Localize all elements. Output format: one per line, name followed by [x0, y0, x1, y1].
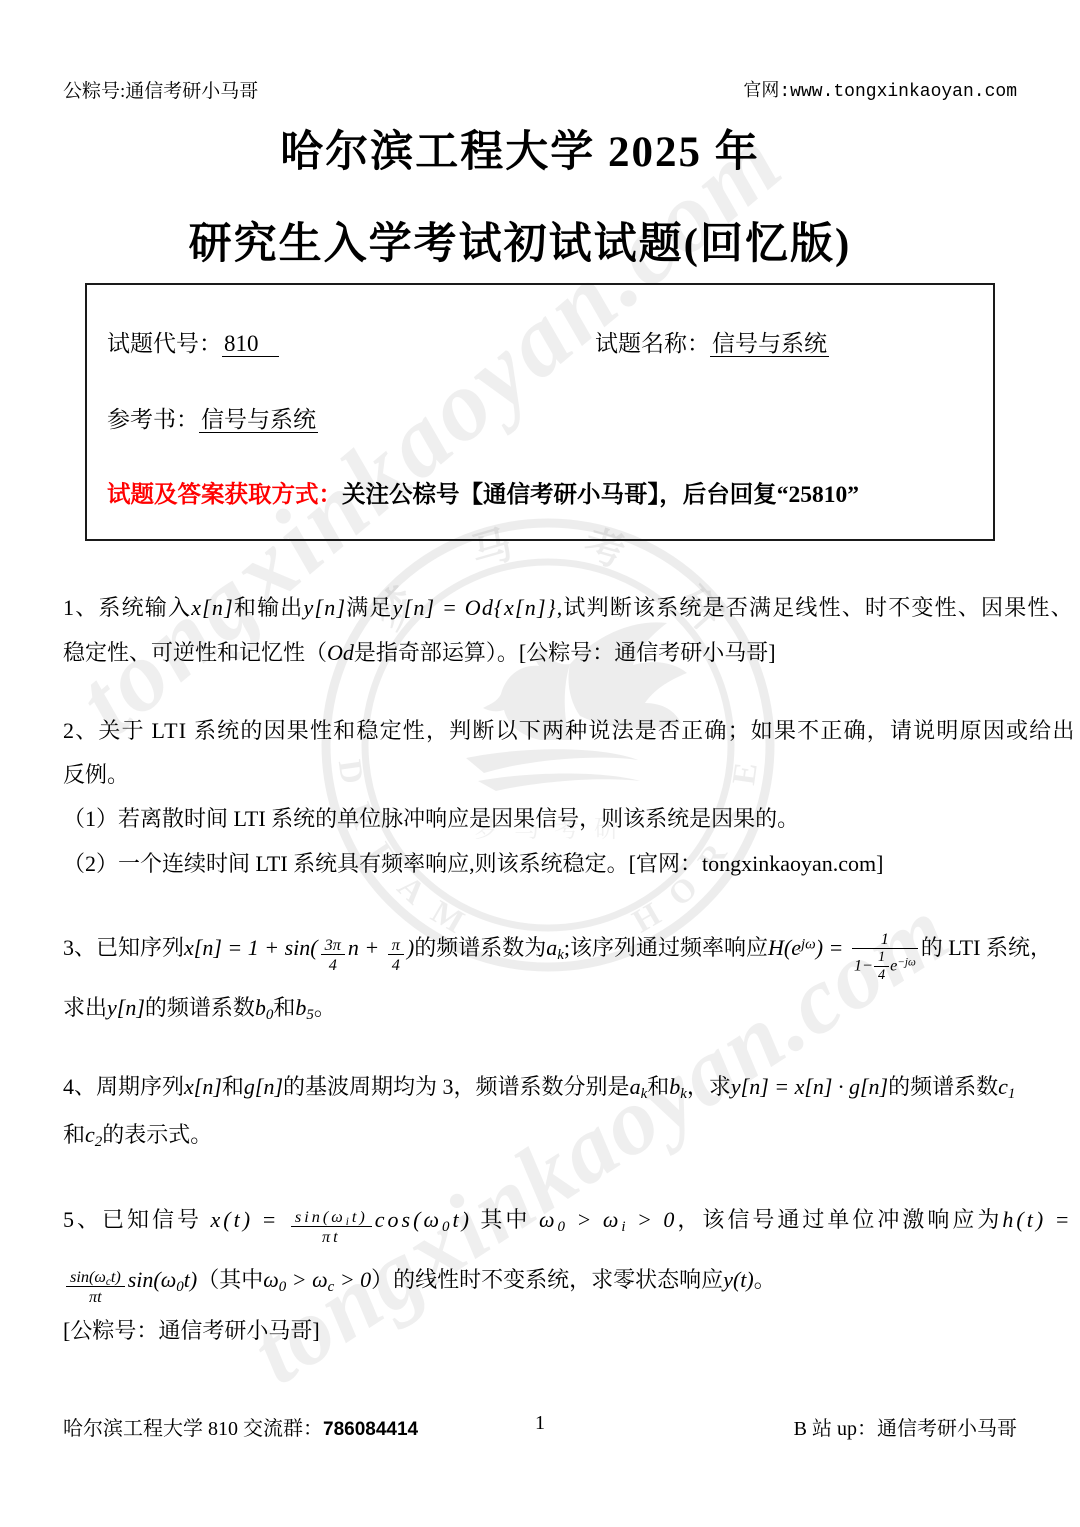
- text-run: 和输出: [234, 595, 304, 620]
- exam-info-box: 试题代号：810 试题名称：信号与系统 参考书：信号与系统 试题及答案获取方式：…: [85, 283, 995, 541]
- text-run: 是指奇部运算）。[公粽号：通信考研小马哥]: [354, 640, 776, 665]
- math-run: ω: [539, 1207, 558, 1232]
- math-run: x(t) =: [211, 1207, 288, 1232]
- math-run: c: [998, 1074, 1008, 1099]
- math-run: x[n]: [184, 1074, 222, 1099]
- text-run: 。: [754, 1267, 776, 1292]
- text-run: 求出: [63, 995, 107, 1020]
- math-run: t): [184, 1267, 197, 1292]
- reference-book-label: 参考书：: [107, 407, 199, 432]
- text-run: 的基波周期均为 3，频谱系数分别是: [283, 1074, 630, 1099]
- text-run: 的表示式。: [102, 1122, 212, 1147]
- math-run: πt: [89, 1287, 102, 1306]
- math-run: 3π: [325, 935, 341, 954]
- math-run: 1: [878, 949, 885, 965]
- text-run: 的频谱系数: [145, 995, 255, 1020]
- math-run: H(e: [768, 935, 801, 960]
- header-website: 官网:www.tongxinkaoyan.com: [743, 76, 1017, 102]
- math-run: 0: [442, 1219, 452, 1235]
- math-run: 4: [329, 955, 337, 974]
- math-run: sin(ω: [70, 1267, 106, 1286]
- fraction: π4: [388, 935, 404, 974]
- answer-access-text: 关注公棕号【通信考研小马哥】，后台回复“25810”: [342, 482, 859, 508]
- text-run: 。: [314, 995, 336, 1020]
- math-run: y[n] = Od{x[n]}: [393, 595, 557, 620]
- math-run: t): [352, 1207, 368, 1226]
- text-run: 其中: [472, 1207, 539, 1232]
- fraction: 3π4: [321, 935, 345, 974]
- question-5-line-1: 5、已知信号 x(t) = sin(ωit)πtcos(ω0t) 其中 ω0 >…: [63, 1190, 1017, 1250]
- math-run: cos(ω: [375, 1207, 442, 1232]
- exam-name-row: 试题名称：信号与系统: [595, 325, 829, 358]
- text-run: 和: [222, 1074, 244, 1099]
- text-run: ;该序列通过频率响应: [564, 935, 768, 960]
- math-run: ω: [263, 1267, 279, 1292]
- math-run: y[n]: [107, 995, 145, 1020]
- math-run: 4: [878, 967, 885, 983]
- text-run: （2）一个连续时间 LTI 系统具有频率响应,则该系统稳定。[官网：tongxi…: [63, 851, 883, 876]
- question-5-line-3: [公粽号：通信考研小马哥]: [63, 1308, 1017, 1353]
- question-3-line-2: 求出y[n]的频谱系数b0和b5。: [63, 985, 1017, 1030]
- math-run: k: [680, 1086, 687, 1102]
- math-run: a: [630, 1074, 641, 1099]
- math-run: a: [546, 935, 557, 960]
- math-run: b: [255, 995, 266, 1020]
- footer-bilibili-up: B 站 up：通信考研小马哥: [794, 1412, 1017, 1441]
- reference-book-value: 信号与系统: [199, 407, 318, 433]
- text-run: 5、已知信号: [63, 1207, 211, 1232]
- math-run: jω: [801, 936, 816, 952]
- math-run: −jω: [897, 956, 915, 968]
- text-run: 和: [63, 1122, 85, 1147]
- math-run: x[n] = 1 + sin(: [184, 935, 318, 960]
- text-run: 的频谱系数: [888, 1074, 998, 1099]
- text-run: 的频谱系数为: [414, 935, 546, 960]
- question-2-line-1: 2、关于 LTI 系统的因果性和稳定性，判断以下两种说法是否正确；如果不正确，请…: [63, 708, 1017, 753]
- text-run: ，该信号通过单位冲激响应为: [677, 1207, 1002, 1232]
- math-run: ) =: [816, 935, 849, 960]
- math-run: g[n]: [244, 1074, 283, 1099]
- math-run: k: [557, 947, 564, 963]
- math-run: t): [452, 1207, 471, 1232]
- question-4-line-2: 和c2的表示式。: [63, 1112, 1017, 1157]
- page-title-line1: 哈尔滨工程大学 2025 年: [0, 118, 1040, 179]
- math-run: 0: [557, 1219, 567, 1235]
- math-run: 0: [176, 1279, 183, 1295]
- text-run: [公粽号：通信考研小马哥]: [63, 1318, 320, 1343]
- math-run: n +: [348, 935, 385, 960]
- math-run: π: [392, 935, 400, 954]
- exam-document-page: tongxinkaoyan.com tongxinkaoyan.com 梦马考研…: [0, 0, 1080, 1527]
- math-run: πt: [322, 1227, 341, 1246]
- math-run: b: [295, 995, 306, 1020]
- math-run: y[n]: [304, 595, 347, 620]
- answer-access-row: 试题及答案获取方式：关注公棕号【通信考研小马哥】，后台回复“25810”: [107, 475, 859, 509]
- exam-name-label: 试题名称：: [595, 331, 710, 356]
- question-4-line-1: 4、周期序列x[n]和g[n]的基波周期均为 3，频谱系数分别是ak和bk，求y…: [63, 1064, 1017, 1109]
- text-run: 反例。: [63, 762, 129, 787]
- exam-code-row: 试题代号：810: [107, 325, 279, 358]
- text-run: 的 LTI 系统，: [921, 935, 1052, 960]
- math-run: i: [621, 1219, 628, 1235]
- text-run: 满足: [346, 595, 392, 620]
- text-run: ,试判断该系统是否满足线性、时不变性、因果性、: [557, 595, 1074, 620]
- text-run: 2、关于 LTI 系统的因果性和稳定性，判断以下两种说法是否正确；如果不正确，请…: [63, 718, 1076, 743]
- question-1-line-2: 稳定性、可逆性和记忆性（Od是指奇部运算）。[公粽号：通信考研小马哥]: [63, 630, 1017, 675]
- math-run: y(t): [723, 1267, 754, 1292]
- reference-book-row: 参考书：信号与系统: [107, 401, 318, 434]
- question-5-line-2: sin(ωct)πtsin(ω0t)（其中ω0 > ωc > 0）的线性时不变系…: [63, 1250, 1017, 1310]
- text-run: （其中: [197, 1267, 263, 1292]
- math-run: 1−: [854, 955, 873, 974]
- math-run: sin(ω: [295, 1207, 346, 1226]
- text-run: 稳定性、可逆性和记忆性（: [63, 640, 327, 665]
- math-run: 1: [1008, 1086, 1015, 1102]
- text-run: ，求: [687, 1074, 731, 1099]
- math-run: > ω: [568, 1207, 621, 1232]
- header-public-account: 公粽号:通信考研小马哥: [63, 76, 258, 103]
- math-run: > 0: [629, 1207, 678, 1232]
- math-run: t): [111, 1267, 121, 1286]
- page-title-line2: 研究生入学考试初试试题(回忆版): [0, 210, 1040, 271]
- math-run: b: [669, 1074, 680, 1099]
- question-3-line-1: 3、已知序列x[n] = 1 + sin(3π4n + π4)的频谱系数为ak;…: [63, 918, 1017, 978]
- math-run: 5: [306, 1007, 313, 1023]
- question-2-item-2: （2）一个连续时间 LTI 系统具有频率响应,则该系统稳定。[官网：tongxi…: [63, 841, 1017, 886]
- math-run: h(t) =: [1002, 1207, 1072, 1232]
- question-2-line-2: 反例。: [63, 752, 1017, 797]
- text-run: 4、周期序列: [63, 1074, 184, 1099]
- math-run: Od: [327, 640, 354, 665]
- text-run: 1、系统输入: [63, 595, 191, 620]
- math-run: 1: [881, 929, 889, 948]
- math-run: y[n] = x[n] · g[n]: [731, 1074, 888, 1099]
- answer-access-label: 试题及答案获取方式：: [107, 482, 342, 508]
- text-run: 3、已知序列: [63, 935, 184, 960]
- exam-name-value: 信号与系统: [710, 331, 829, 357]
- math-run: > 0: [334, 1267, 371, 1292]
- question-1-line-1: 1、系统输入x[n]和输出y[n]满足y[n] = Od{x[n]},试判断该系…: [63, 585, 1017, 630]
- exam-code-label: 试题代号：: [107, 331, 222, 356]
- math-run: x[n]: [191, 595, 234, 620]
- text-run: ）的线性时不变系统，求零状态响应: [371, 1267, 723, 1292]
- math-run: sin(ω: [128, 1267, 177, 1292]
- math-run: 4: [392, 955, 400, 974]
- fraction: sin(ωct)πt: [66, 1267, 125, 1306]
- fraction: 11−14e−jω: [852, 929, 918, 984]
- fraction: 14: [874, 949, 889, 984]
- question-2-item-1: （1）若离散时间 LTI 系统的单位脉冲响应是因果信号，则该系统是因果的。: [63, 796, 1017, 841]
- text-run: 和: [647, 1074, 669, 1099]
- text-run: 和: [273, 995, 295, 1020]
- math-run: c: [85, 1122, 95, 1147]
- fraction: sin(ωit)πt: [291, 1207, 372, 1246]
- math-run: > ω: [286, 1267, 327, 1292]
- exam-code-value: 810: [222, 331, 279, 357]
- text-run: （1）若离散时间 LTI 系统的单位脉冲响应是因果信号，则该系统是因果的。: [63, 806, 799, 831]
